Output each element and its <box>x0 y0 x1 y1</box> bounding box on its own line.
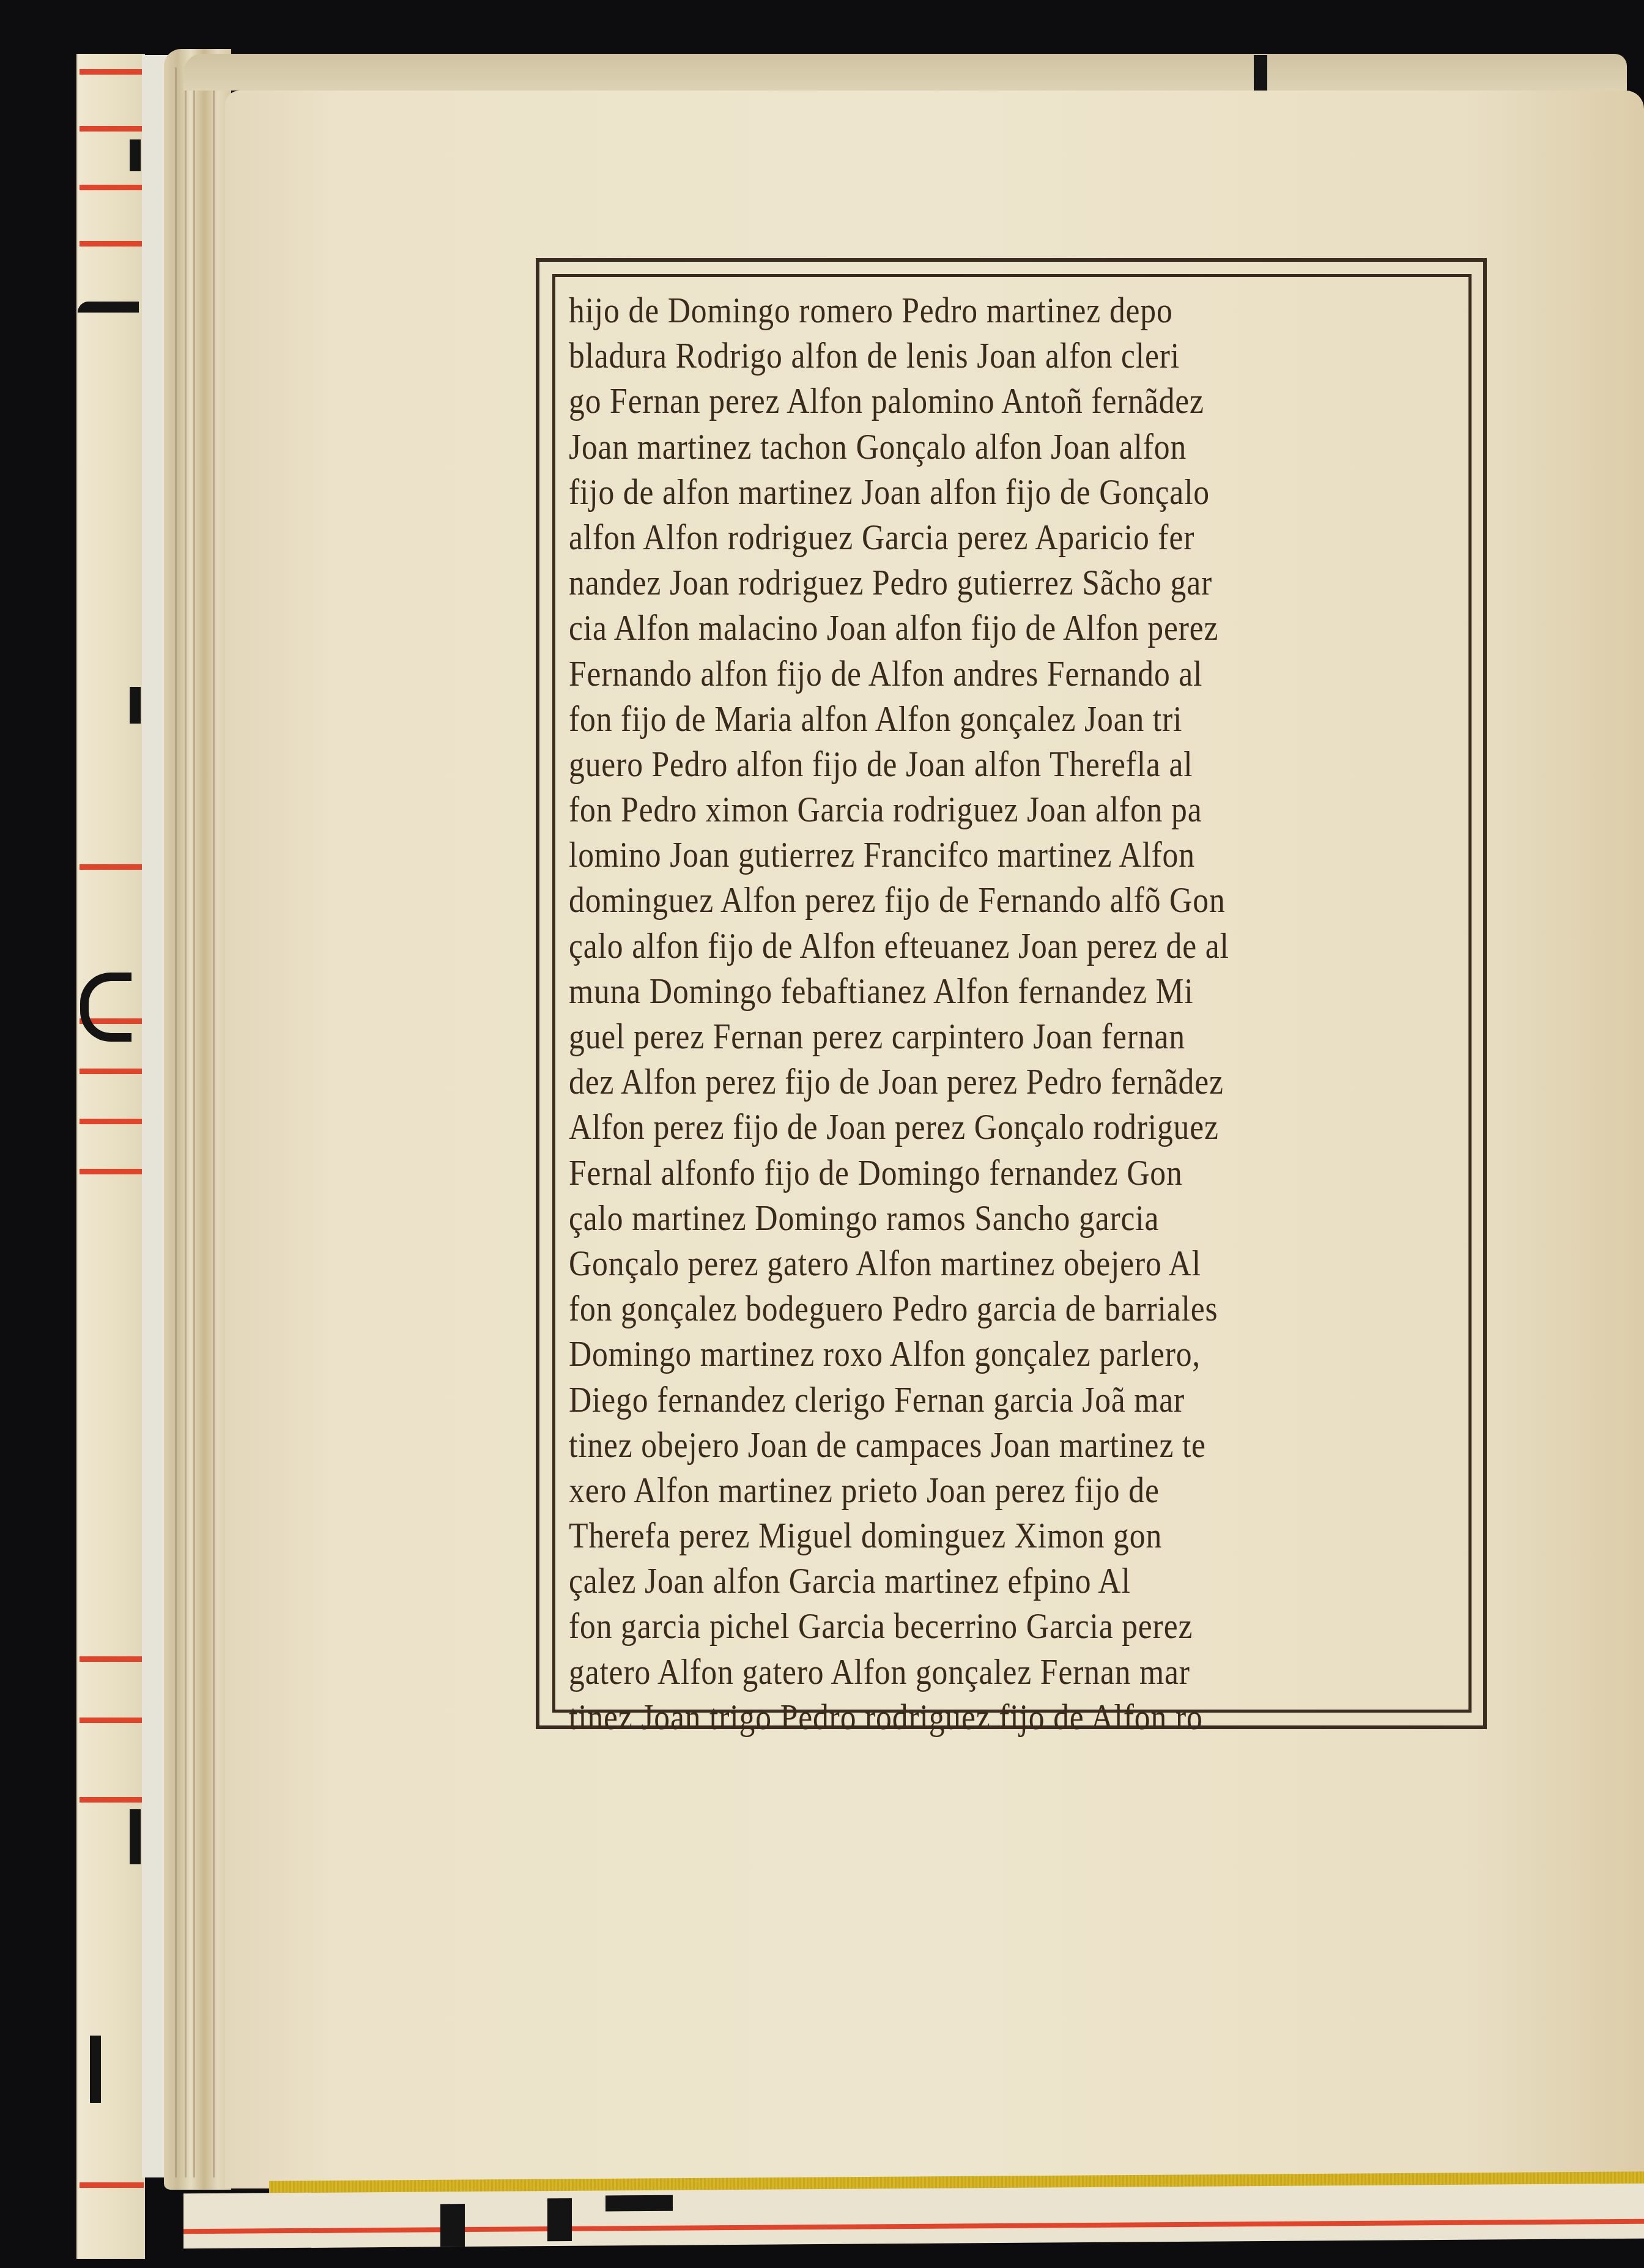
text-line: gatero Alfon gatero Alfon gonçalez Ferna… <box>569 1649 1337 1694</box>
spine-red-rule <box>80 1797 144 1803</box>
band-notation-block <box>440 2204 465 2247</box>
text-line: çalez Joan alfon Garcia martinez efpino … <box>569 1558 1337 1603</box>
stacked-page-edges <box>164 49 231 2190</box>
text-line: alfon Alfon rodriguez Garcia perez Apari… <box>569 514 1337 560</box>
spine-red-rule <box>80 1169 144 1174</box>
bottom-binding-band <box>183 2184 1644 2249</box>
text-line: guel perez Fernan perez carpintero Joan … <box>569 1014 1337 1059</box>
spine-red-rule <box>80 1718 144 1723</box>
text-line: fon garcia pichel Garcia becerrino Garci… <box>569 1603 1337 1648</box>
text-line: çalo alfon fijo de Alfon efteuanez Joan … <box>569 923 1337 968</box>
spine-notation-glyph <box>78 302 139 313</box>
spine-notation-c-clef <box>80 973 131 1042</box>
spine-red-rule <box>80 126 144 132</box>
text-line: Therefa perez Miguel dominguez Ximon gon <box>569 1513 1337 1558</box>
text-line: Fernal alfonfo fijo de Domingo fernandez… <box>569 1150 1337 1195</box>
spine-red-rule <box>80 241 144 246</box>
manuscript-text-block: hijo de Domingo romero Pedro martinez de… <box>569 287 1462 1740</box>
text-line: muna Domingo febaftianez Alfon fernandez… <box>569 968 1337 1014</box>
text-line: cia Alfon malacino Joan alfon fijo de Al… <box>569 605 1337 650</box>
spine-red-rule <box>80 185 144 190</box>
band-red-rule <box>183 2219 1644 2234</box>
text-line: Gonçalo perez gatero Alfon martinez obej… <box>569 1240 1337 1286</box>
text-line: tinez obejero Joan de campaces Joan mart… <box>569 1422 1337 1467</box>
text-line: nandez Joan rodriguez Pedro gutierrez Sã… <box>569 560 1337 605</box>
spine-notation-block <box>90 2036 101 2103</box>
binding-spine-strip <box>76 54 145 2259</box>
top-tab-marker <box>1254 55 1267 92</box>
text-line: Fernando alfon fijo de Alfon andres Fern… <box>569 651 1337 696</box>
spine-red-rule <box>80 1119 144 1124</box>
text-line: fon gonçalez bodeguero Pedro garcia de b… <box>569 1286 1337 1331</box>
text-line: fon fijo de Maria alfon Alfon gonçalez J… <box>569 696 1337 741</box>
text-line: dez Alfon perez fijo de Joan perez Pedro… <box>569 1059 1337 1104</box>
spine-red-rule <box>80 1656 144 1662</box>
text-line: lomino Joan gutierrez Francifco martinez… <box>569 832 1337 877</box>
spine-red-rule <box>80 1069 144 1074</box>
text-line: go Fernan perez Alfon palomino Antoñ fer… <box>569 378 1337 423</box>
text-line: hijo de Domingo romero Pedro martinez de… <box>569 287 1337 333</box>
spine-red-rule <box>80 864 144 870</box>
text-line: çalo martinez Domingo ramos Sancho garci… <box>569 1195 1337 1240</box>
spine-notation-block <box>130 687 141 724</box>
band-notation-block <box>547 2198 572 2241</box>
text-line: Alfon perez fijo de Joan perez Gonçalo r… <box>569 1104 1337 1149</box>
spine-red-rule <box>80 69 144 75</box>
book-top-edge <box>183 54 1627 91</box>
spine-notation-block <box>130 139 141 171</box>
text-line: Joan martinez tachon Gonçalo alfon Joan … <box>569 424 1337 469</box>
text-line: bladura Rodrigo alfon de lenis Joan alfo… <box>569 333 1337 378</box>
band-notation-block <box>605 2195 673 2212</box>
spine-notation-block <box>130 1809 141 1864</box>
text-line: xero Alfon martinez prieto Joan perez fi… <box>569 1467 1337 1513</box>
text-line: Domingo martinez roxo Alfon gonçalez par… <box>569 1331 1337 1376</box>
text-line: guero Pedro alfon fijo de Joan alfon The… <box>569 741 1337 787</box>
spine-red-rule <box>80 2182 144 2188</box>
text-line: dominguez Alfon perez fijo de Fernando a… <box>569 877 1337 922</box>
text-line: fijo de alfon martinez Joan alfon fijo d… <box>569 469 1337 514</box>
text-line: fon Pedro ximon Garcia rodriguez Joan al… <box>569 787 1337 832</box>
text-line: Diego fernandez clerigo Fernan garcia Jo… <box>569 1377 1337 1422</box>
text-line: tinez Joan trigo Pedro rodriguez fijo de… <box>569 1694 1337 1740</box>
